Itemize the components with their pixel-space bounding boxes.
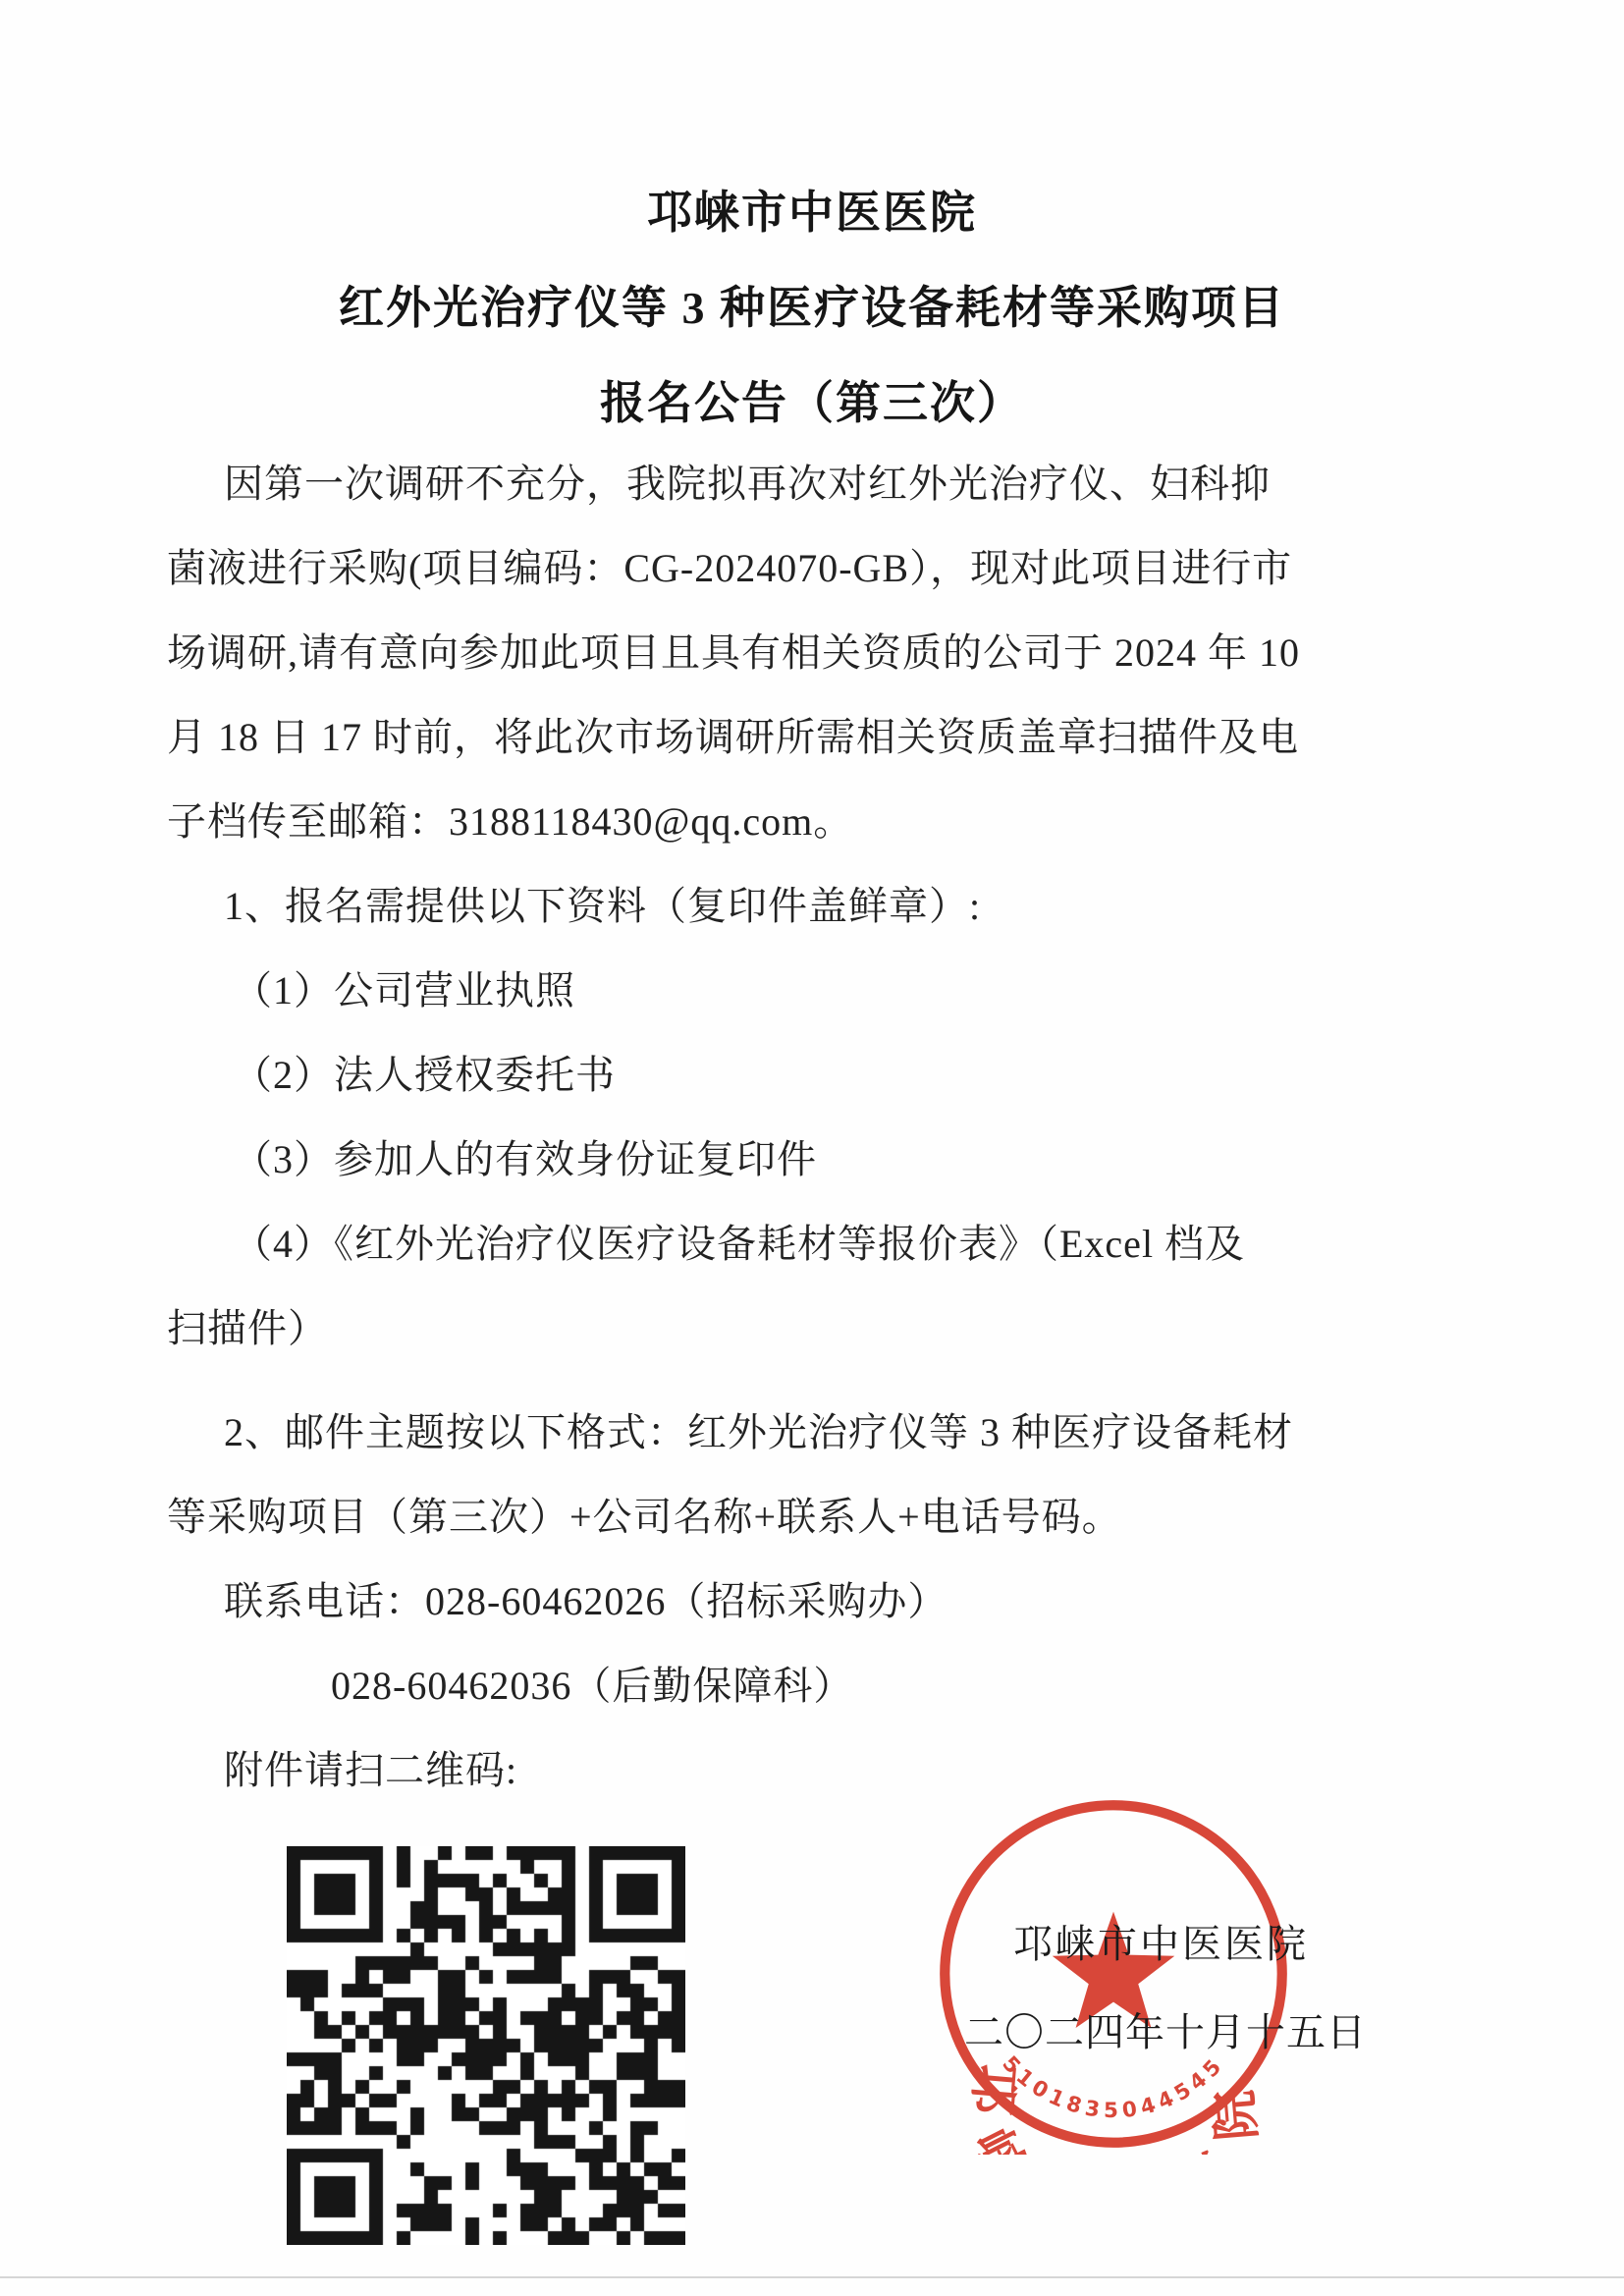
signature-date: 二〇二四年十月十五日	[964, 2001, 1367, 2057]
paragraph-line: 因第一次调研不充分，我院拟再次对红外光治疗仪、妇科抑	[167, 442, 1477, 526]
scan-edge-line	[0, 2276, 1624, 2278]
list-item-3: （3）参加人的有效身份证复印件	[167, 1118, 1477, 1202]
list-heading-1: 1、报名需提供以下资料（复印件盖鲜章）:	[167, 864, 1477, 949]
seal-serial-holder: 5101835044545	[998, 2051, 1230, 2123]
signature-organization: 邛崃市中医医院	[1013, 1913, 1309, 1969]
phone-line-2: 028-60462036（后勤保障科）	[167, 1644, 1477, 1728]
list-item-2: （2）法人授权委托书	[167, 1033, 1477, 1118]
hospital-name-title: 邛崃市中医医院	[0, 165, 1624, 260]
title-block: 邛崃市中医医院 红外光治疗仪等 3 种医疗设备耗材等采购项目 报名公告（第三次）	[0, 165, 1624, 451]
list-item-4: （4）《红外光治疗仪医疗设备耗材等报价表》（Excel 档及	[167, 1202, 1477, 1286]
paragraph-line: 场调研,请有意向参加此项目且具有相关资质的公司于 2024 年 10	[167, 611, 1477, 695]
scanned-announcement-page: 邛崃市中医医院 红外光治疗仪等 3 种医疗设备耗材等采购项目 报名公告（第三次）…	[0, 0, 1624, 2296]
announcement-subtitle: 报名公告（第三次）	[0, 355, 1624, 451]
list-item-1: （1）公司营业执照	[167, 949, 1477, 1033]
email-line: 子档传至邮箱：3188118430@qq.com。	[167, 780, 1477, 864]
seal-graphic: 邛崃市中医医院 5101835044545	[933, 1793, 1294, 2155]
project-name-title: 红外光治疗仪等 3 种医疗设备耗材等采购项目	[0, 260, 1624, 355]
list-item-4-wrap: 扫描件）	[167, 1286, 1477, 1371]
official-seal: 邛崃市中医医院 5101835044545	[933, 1793, 1294, 2155]
qr-code-image	[287, 1846, 685, 2245]
list-heading-2: 2、邮件主题按以下格式：红外光治疗仪等 3 种医疗设备耗材	[167, 1391, 1477, 1475]
qr-code	[287, 1846, 685, 2245]
paragraph-line: 月 18 日 17 时前，将此次市场调研所需相关资质盖章扫描件及电	[167, 695, 1477, 780]
phone-line-1: 联系电话：028-60462026（招标采购办）	[167, 1559, 1477, 1644]
paragraph-line: 菌液进行采购(项目编码：CG-2024070-GB），现对此项目进行市	[167, 526, 1477, 611]
announcement-body: 因第一次调研不充分，我院拟再次对红外光治疗仪、妇科抑 菌液进行采购(项目编码：C…	[167, 442, 1477, 1813]
seal-serial-number: 5101835044545	[998, 2051, 1230, 2123]
subject-format-wrap: 等采购项目（第三次）+公司名称+联系人+电话号码。	[167, 1475, 1477, 1559]
